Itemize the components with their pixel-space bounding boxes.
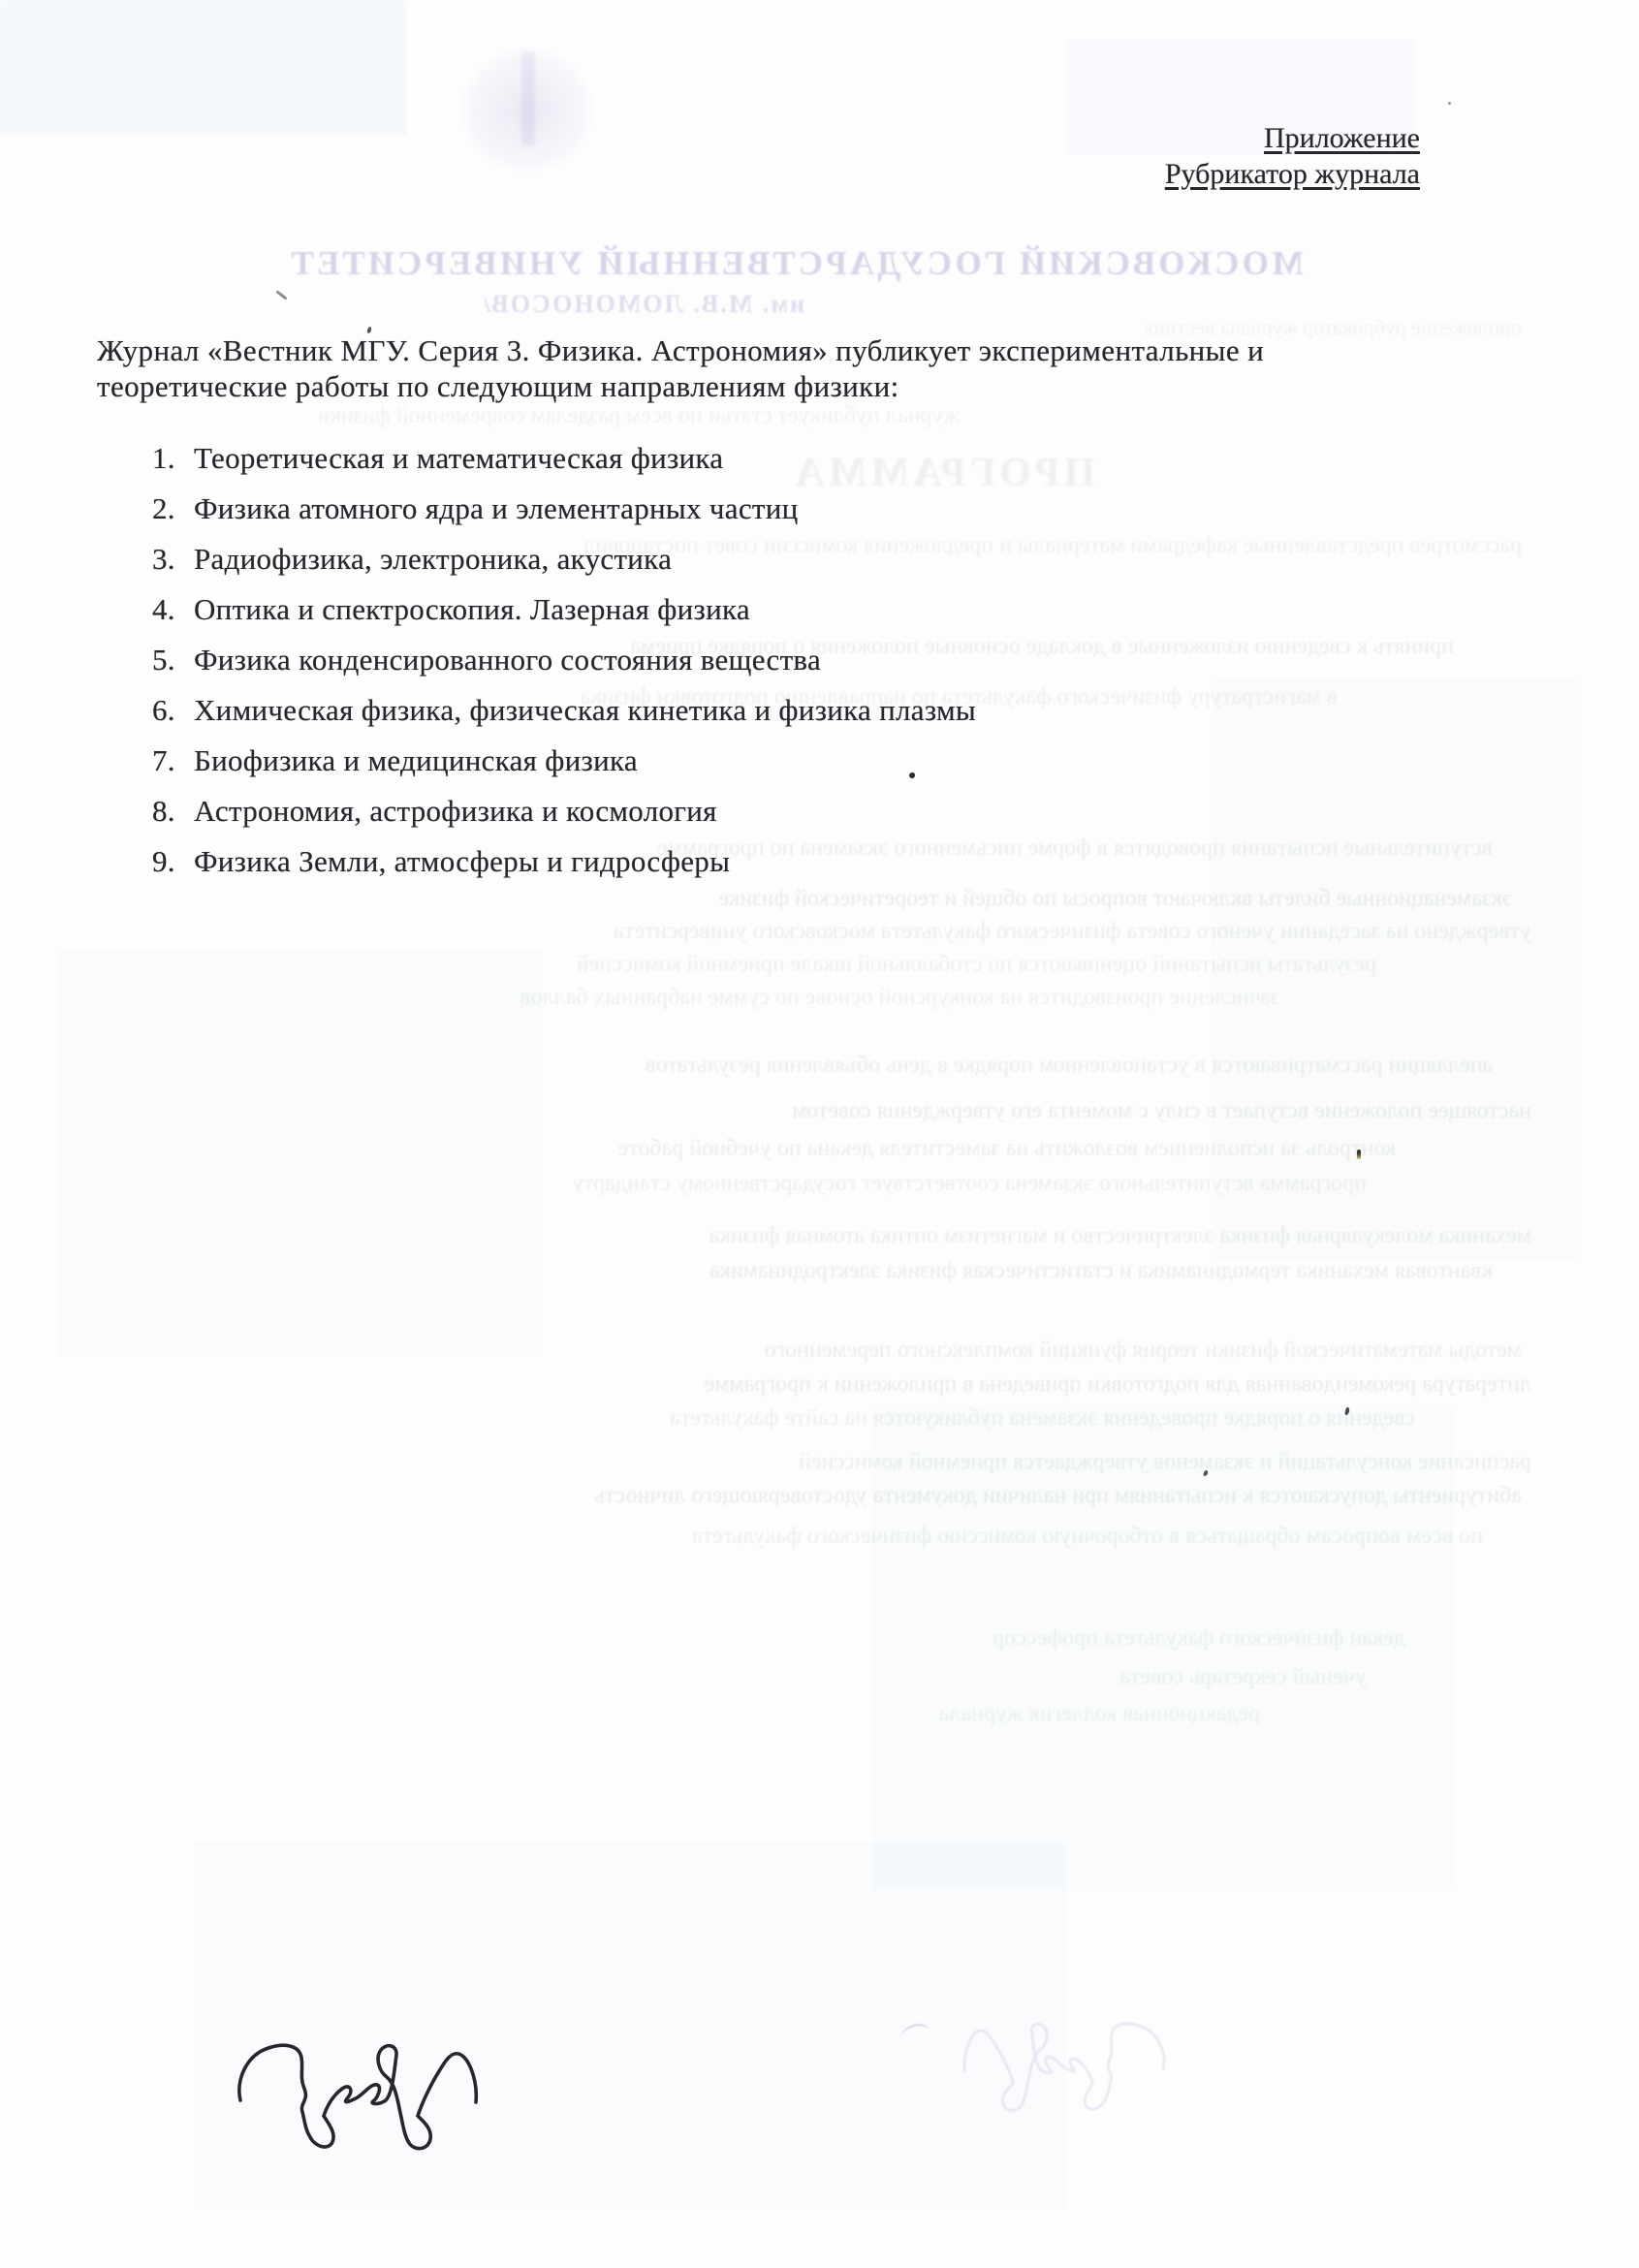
bleedthrough-letterhead-line1: МОСКОВСКИЙ ГОСУДАРСТВЕННЫЙ УНИВЕРСИТЕТ — [107, 244, 1304, 283]
bleedthrough-line: вступительные испытания проводятся в фор… — [155, 835, 1493, 862]
bleedthrough-line: утверждено на заседании ученого совета ф… — [126, 919, 1531, 945]
bleedthrough-line: программа вступительного экзамена соотве… — [174, 1171, 1367, 1197]
topic-number: 8. — [152, 794, 194, 829]
topic-text: Астрономия, астрофизика и космология — [194, 794, 717, 828]
topic-number: 5. — [152, 643, 194, 677]
topic-text: Теоретическая и математическая физика — [194, 441, 723, 475]
topic-number: 7. — [152, 743, 194, 778]
appendix-header: Приложение Рубрикатор журнала — [1165, 120, 1420, 192]
bleedthrough-line: принять к сведению изложенные в докладе … — [233, 634, 1454, 660]
bleedthrough-letterhead-line2: им. М.В. ЛОМОНОСОВА — [485, 290, 804, 319]
bleedthrough-line: результаты испытаний оцениваются по стоб… — [213, 952, 1376, 978]
bleedthrough-line: настоящее положение вступает в силу с мо… — [107, 1098, 1531, 1124]
topic-text: Оптика и спектроскопия. Лазерная физика — [194, 592, 750, 626]
topic-item-4: 4.Оптика и спектроскопия. Лазерная физик… — [152, 592, 750, 627]
scan-artifact-fleck — [1357, 1150, 1361, 1159]
bleedthrough-line: расписание консультаций и экзаменов утве… — [107, 1449, 1531, 1475]
bleedthrough-line: литература рекомендованная для подготовк… — [126, 1371, 1531, 1398]
bleedthrough-line: механика молекулярная физика электричест… — [107, 1223, 1531, 1249]
bleedthrough-line: контроль за исполнением возложить на зам… — [126, 1136, 1396, 1162]
bleedthrough-line: журнал публикует статьи по всем разделам… — [320, 403, 960, 429]
university-emblem-watermark — [438, 27, 616, 194]
bleedthrough-line: квантовая механика термодинамика и стати… — [116, 1258, 1493, 1284]
topic-number: 6. — [152, 693, 194, 728]
topic-text: Физика атомного ядра и элементарных част… — [194, 491, 799, 525]
appendix-header-line2: Рубрикатор журнала — [1165, 156, 1420, 192]
intro-paragraph-line2: теоретические работы по следующим направ… — [97, 369, 899, 404]
topic-item-8: 8.Астрономия, астрофизика и космология — [152, 794, 717, 829]
ghost-signature-bleedthrough — [945, 1995, 1174, 2126]
bleedthrough-line: декан физического факультета профессор — [601, 1625, 1405, 1652]
topic-number: 4. — [152, 592, 194, 627]
topic-number: 2. — [152, 491, 194, 526]
topic-item-1: 1.Теоретическая и математическая физика — [152, 441, 723, 476]
bleedthrough-line: рассмотрев представленные кафедрами мате… — [126, 533, 1522, 559]
bleedthrough-line: экзаменационные билеты включают вопросы … — [116, 886, 1512, 912]
topic-number: 1. — [152, 441, 194, 476]
topic-text: Биофизика и медицинская физика — [194, 743, 638, 777]
ink-speck — [909, 772, 915, 778]
bleedthrough-line: абитуриенты допускаются к испытаниям при… — [136, 1483, 1522, 1509]
bleedthrough-line: по всем вопросам обращаться в отборочную… — [145, 1524, 1483, 1550]
scan-noise-patch — [0, 0, 407, 136]
signature — [228, 2011, 499, 2166]
topic-item-7: 7.Биофизика и медицинская физика — [152, 743, 638, 778]
bleedthrough-line: апелляции рассматриваются в установленно… — [145, 1053, 1493, 1079]
emblem-tower-shape — [521, 52, 535, 145]
intro-paragraph-line1: Журнал «Вестник МГУ. Серия 3. Физика. Ас… — [97, 333, 1264, 368]
pen-tick-mark — [275, 290, 287, 299]
bleedthrough-line: в магистратуру физического факультета по… — [291, 684, 1338, 710]
scanned-document-page: МОСКОВСКИЙ ГОСУДАРСТВЕННЫЙ УНИВЕРСИТЕТ и… — [0, 0, 1639, 2268]
bleedthrough-line: зачисление производится на конкурсной ос… — [310, 985, 1279, 1011]
bleedthrough-line: методы математической физики теория функ… — [107, 1338, 1522, 1364]
ink-speck — [1448, 102, 1451, 105]
bleedthrough-line: ученый секретарь совета — [640, 1664, 1367, 1690]
bleedthrough-line: редакционная коллегия журнала — [737, 1701, 1260, 1727]
appendix-header-line1: Приложение — [1165, 120, 1420, 156]
bleedthrough-line: приложение рубрикатор журнала вестник мо… — [1144, 315, 1522, 340]
topic-item-2: 2.Физика атомного ядра и элементарных ча… — [152, 491, 799, 526]
bleedthrough-line: сведения о порядке проведения экзамена п… — [174, 1405, 1415, 1432]
